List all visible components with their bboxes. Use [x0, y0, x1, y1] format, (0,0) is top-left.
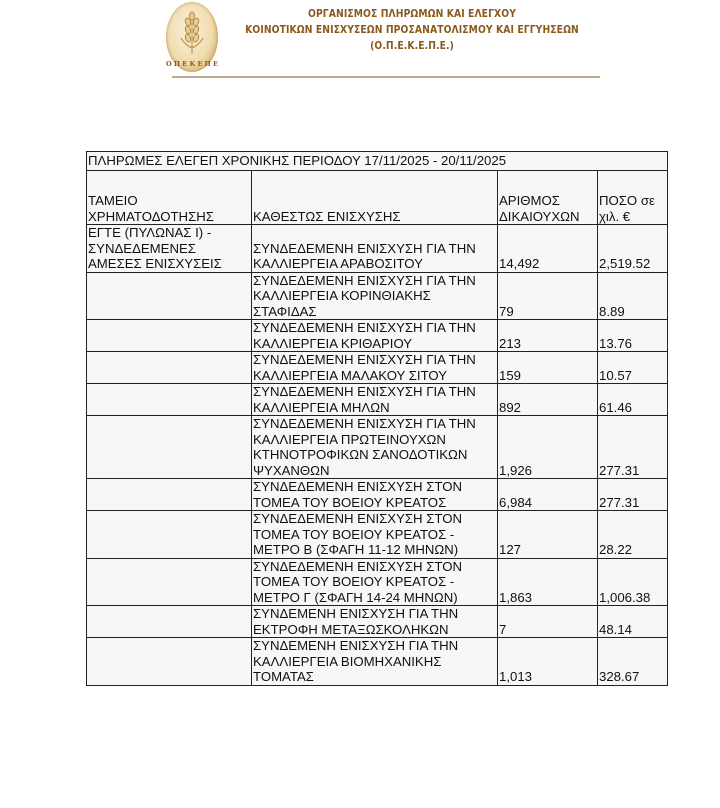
cell-amount: 328.67: [598, 638, 668, 686]
cell-amount: 13.76: [598, 320, 668, 352]
org-line-2: ΚΟΙΝΟΤΙΚΩΝ ΕΝΙΣΧΥΣΕΩΝ ΠΡΟΣΑΝΑΤΟΛΙΣΜΟΥ ΚΑ…: [245, 22, 579, 38]
cell-scheme: ΣΥΝΔΕΔΕΜΕΝΗ ΕΝΙΣΧΥΣΗ ΓΙΑ ΤΗΝ ΚΑΛΛΙΕΡΓΕΙΑ…: [252, 320, 498, 352]
table-row: ΣΥΝΔΕΔΕΜΕΝΗ ΕΝΙΣΧΥΣΗ ΓΙΑ ΤΗΝ ΚΑΛΛΙΕΡΓΕΙΑ…: [87, 416, 668, 479]
cell-fund: [87, 352, 252, 384]
cell-amount: 277.31: [598, 416, 668, 479]
cell-beneficiaries: 6,984: [498, 479, 598, 511]
cell-fund: [87, 384, 252, 416]
org-line-1: ΟΡΓΑΝΙΣΜΟΣ ΠΛΗΡΩΜΩΝ ΚΑΙ ΕΛΕΓΧΟΥ: [245, 6, 579, 22]
table-row: ΣΥΝΔΕΔΕΜΕΝΗ ΕΝΙΣΧΥΣΗ ΓΙΑ ΤΗΝ ΚΑΛΛΙΕΡΓΕΙΑ…: [87, 384, 668, 416]
org-line-3: (Ο.Π.Ε.Κ.Ε.Π.Ε.): [245, 38, 579, 54]
header-amount: ΠΟΣΟ σε χιλ. €: [598, 171, 668, 225]
cell-fund: [87, 272, 252, 320]
cell-scheme: ΣΥΝΔΕΔΕΜΕΝΗ ΕΝΙΣΧΥΣΗ ΓΙΑ ΤΗΝ ΚΑΛΛΙΕΡΓΕΙΑ…: [252, 384, 498, 416]
cell-beneficiaries: 127: [498, 511, 598, 559]
cell-fund: [87, 558, 252, 606]
cell-fund: ΕΓΤΕ (ΠΥΛΩΝΑΣ Ι) - ΣΥΝΔΕΔΕΜΕΝΕΣ ΑΜΕΣΕΣ Ε…: [87, 225, 252, 273]
header-scheme: ΚΑΘΕΣΤΩΣ ΕΝΙΣΧΥΣΗΣ: [252, 171, 498, 225]
cell-beneficiaries: 213: [498, 320, 598, 352]
svg-text:Ο Π Ε Κ Ε Π Ε: Ο Π Ε Κ Ε Π Ε: [166, 60, 218, 68]
cell-amount: 1,006.38: [598, 558, 668, 606]
header-beneficiaries: ΑΡΙΘΜΟΣ ΔΙΚΑΙΟΥΧΩΝ: [498, 171, 598, 225]
table-row: ΣΥΝΔΕΜΕΝΗ ΕΝΙΣΧΥΣΗ ΓΙΑ ΤΗΝ ΚΑΛΛΙΕΡΓΕΙΑ Β…: [87, 638, 668, 686]
cell-amount: 277.31: [598, 479, 668, 511]
cell-scheme: ΣΥΝΔΕΔΕΜΕΝΗ ΕΝΙΣΧΥΣΗ ΓΙΑ ΤΗΝ ΚΑΛΛΙΕΡΓΕΙΑ…: [252, 272, 498, 320]
cell-beneficiaries: 892: [498, 384, 598, 416]
cell-amount: 10.57: [598, 352, 668, 384]
cell-beneficiaries: 1,863: [498, 558, 598, 606]
table-title-row: ΠΛΗΡΩΜΕΣ ΕΛΕΓΕΠ ΧΡΟΝΙΚΗΣ ΠΕΡΙΟΔΟΥ 17/11/…: [87, 152, 668, 171]
table-row: ΣΥΝΔΕΔΕΜΕΝΗ ΕΝΙΣΧΥΣΗ ΣΤΟΝ ΤΟΜΕΑ ΤΟΥ ΒΟΕΙ…: [87, 511, 668, 559]
letterhead: Ο Π Ε Κ Ε Π Ε ΟΡΓΑΝΙΣΜΟΣ ΠΛΗΡΩΜΩΝ ΚΑΙ ΕΛ…: [160, 0, 600, 80]
table-row: ΣΥΝΔΕΔΕΜΕΝΗ ΕΝΙΣΧΥΣΗ ΓΙΑ ΤΗΝ ΚΑΛΛΙΕΡΓΕΙΑ…: [87, 352, 668, 384]
table-row: ΕΓΤΕ (ΠΥΛΩΝΑΣ Ι) - ΣΥΝΔΕΔΕΜΕΝΕΣ ΑΜΕΣΕΣ Ε…: [87, 225, 668, 273]
cell-fund: [87, 638, 252, 686]
cell-scheme: ΣΥΝΔΕΔΕΜΕΝΗ ΕΝΙΣΧΥΣΗ ΓΙΑ ΤΗΝ ΚΑΛΛΙΕΡΓΕΙΑ…: [252, 352, 498, 384]
organization-name: ΟΡΓΑΝΙΣΜΟΣ ΠΛΗΡΩΜΩΝ ΚΑΙ ΕΛΕΓΧΟΥ ΚΟΙΝΟΤΙΚ…: [245, 6, 579, 54]
table-row: ΣΥΝΔΕΔΕΜΕΝΗ ΕΝΙΣΧΥΣΗ ΣΤΟΝ ΤΟΜΕΑ ΤΟΥ ΒΟΕΙ…: [87, 479, 668, 511]
payments-table: ΠΛΗΡΩΜΕΣ ΕΛΕΓΕΠ ΧΡΟΝΙΚΗΣ ΠΕΡΙΟΔΟΥ 17/11/…: [86, 151, 668, 686]
table-row: ΣΥΝΔΕΔΕΜΕΝΗ ΕΝΙΣΧΥΣΗ ΓΙΑ ΤΗΝ ΚΑΛΛΙΕΡΓΕΙΑ…: [87, 272, 668, 320]
cell-fund: [87, 606, 252, 638]
cell-scheme: ΣΥΝΔΕΔΕΜΕΝΗ ΕΝΙΣΧΥΣΗ ΓΙΑ ΤΗΝ ΚΑΛΛΙΕΡΓΕΙΑ…: [252, 225, 498, 273]
cell-fund: [87, 511, 252, 559]
cell-amount: 8.89: [598, 272, 668, 320]
cell-scheme: ΣΥΝΔΕΔΕΜΕΝΗ ΕΝΙΣΧΥΣΗ ΣΤΟΝ ΤΟΜΕΑ ΤΟΥ ΒΟΕΙ…: [252, 479, 498, 511]
cell-fund: [87, 320, 252, 352]
table-row: ΣΥΝΔΕΜΕΝΗ ΕΝΙΣΧΥΣΗ ΓΙΑ ΤΗΝ ΕΚΤΡΟΦΗ ΜΕΤΑΞ…: [87, 606, 668, 638]
cell-beneficiaries: 1,013: [498, 638, 598, 686]
cell-beneficiaries: 7: [498, 606, 598, 638]
table-header-row: ΤΑΜΕΙΟ ΧΡΗΜΑΤΟΔΟΤΗΣΗΣ ΚΑΘΕΣΤΩΣ ΕΝΙΣΧΥΣΗΣ…: [87, 171, 668, 225]
cell-beneficiaries: 79: [498, 272, 598, 320]
cell-scheme: ΣΥΝΔΕΔΕΜΕΝΗ ΕΝΙΣΧΥΣΗ ΣΤΟΝ ΤΟΜΕΑ ΤΟΥ ΒΟΕΙ…: [252, 558, 498, 606]
cell-fund: [87, 479, 252, 511]
cell-beneficiaries: 14,492: [498, 225, 598, 273]
cell-scheme: ΣΥΝΔΕΔΕΜΕΝΗ ΕΝΙΣΧΥΣΗ ΓΙΑ ΤΗΝ ΚΑΛΛΙΕΡΓΕΙΑ…: [252, 416, 498, 479]
header-fund: ΤΑΜΕΙΟ ΧΡΗΜΑΤΟΔΟΤΗΣΗΣ: [87, 171, 252, 225]
cell-amount: 2,519.52: [598, 225, 668, 273]
cell-amount: 48.14: [598, 606, 668, 638]
cell-scheme: ΣΥΝΔΕΔΕΜΕΝΗ ΕΝΙΣΧΥΣΗ ΣΤΟΝ ΤΟΜΕΑ ΤΟΥ ΒΟΕΙ…: [252, 511, 498, 559]
cell-amount: 61.46: [598, 384, 668, 416]
cell-beneficiaries: 1,926: [498, 416, 598, 479]
table-title: ΠΛΗΡΩΜΕΣ ΕΛΕΓΕΠ ΧΡΟΝΙΚΗΣ ΠΕΡΙΟΔΟΥ 17/11/…: [87, 152, 668, 171]
cell-amount: 28.22: [598, 511, 668, 559]
table-row: ΣΥΝΔΕΔΕΜΕΝΗ ΕΝΙΣΧΥΣΗ ΓΙΑ ΤΗΝ ΚΑΛΛΙΕΡΓΕΙΑ…: [87, 320, 668, 352]
opekepe-wheat-logo-icon: Ο Π Ε Κ Ε Π Ε: [166, 2, 218, 72]
cell-scheme: ΣΥΝΔΕΜΕΝΗ ΕΝΙΣΧΥΣΗ ΓΙΑ ΤΗΝ ΕΚΤΡΟΦΗ ΜΕΤΑΞ…: [252, 606, 498, 638]
cell-beneficiaries: 159: [498, 352, 598, 384]
letterhead-divider: [172, 76, 600, 78]
table-row: ΣΥΝΔΕΔΕΜΕΝΗ ΕΝΙΣΧΥΣΗ ΣΤΟΝ ΤΟΜΕΑ ΤΟΥ ΒΟΕΙ…: [87, 558, 668, 606]
cell-scheme: ΣΥΝΔΕΜΕΝΗ ΕΝΙΣΧΥΣΗ ΓΙΑ ΤΗΝ ΚΑΛΛΙΕΡΓΕΙΑ Β…: [252, 638, 498, 686]
cell-fund: [87, 416, 252, 479]
